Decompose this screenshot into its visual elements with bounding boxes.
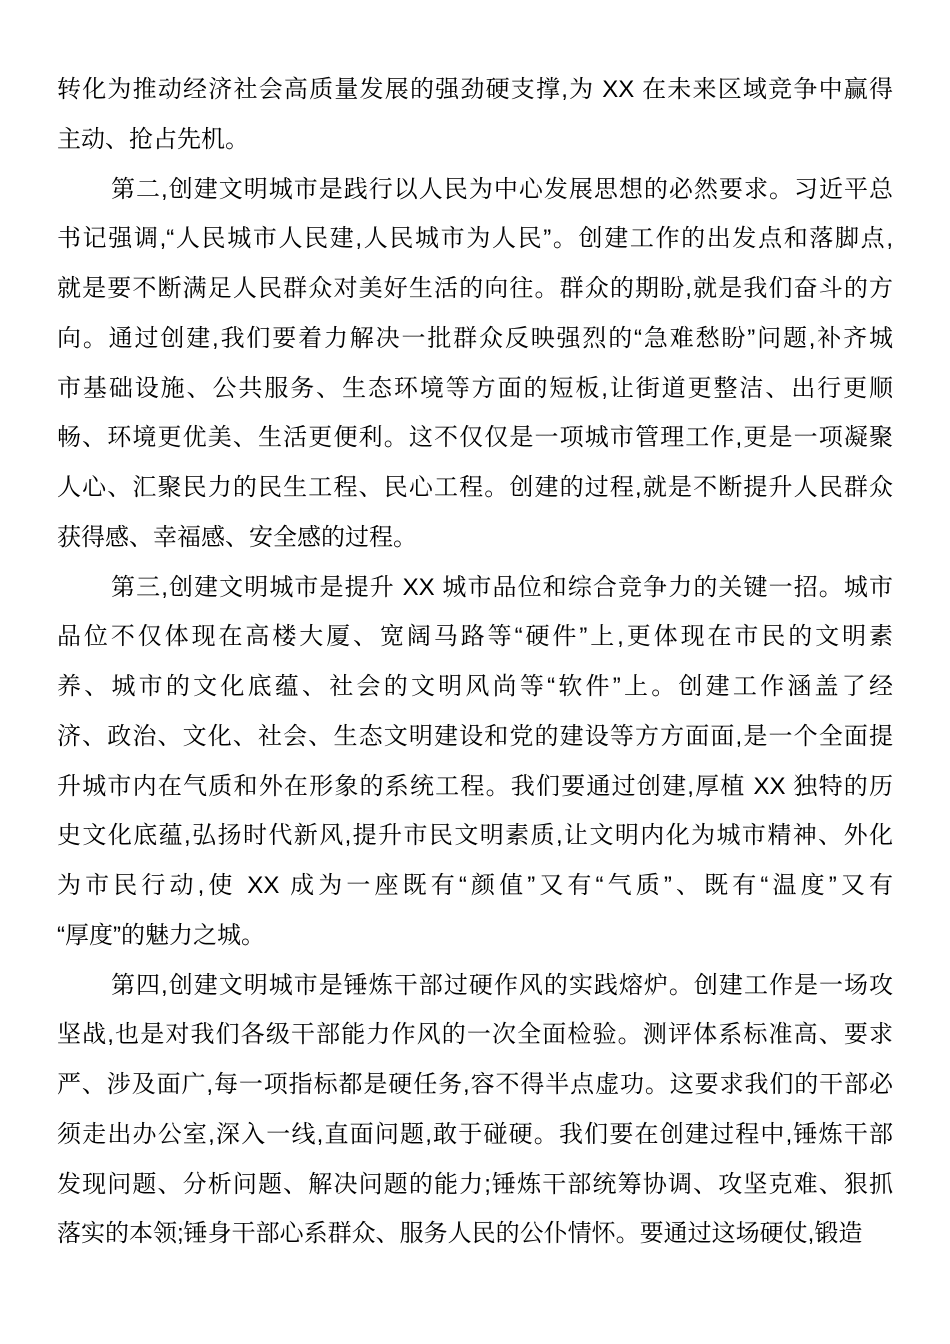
- text-line: 市基础设施、公共服务、生态环境等方面的短板,让街道更整洁、出行更顺: [57, 364, 893, 414]
- text-line: 严、涉及面广,每一项指标都是硬任务,容不得半点虚功。这要求我们的干部必: [57, 1060, 893, 1110]
- text-line: 第四,创建文明城市是锤炼干部过硬作风的实践熔炉。创建工作是一场攻: [57, 961, 893, 1011]
- document-body: 转化为推动经济社会高质量发展的强劲硬支撑,为 XX 在未来区域竞争中赢得主动、抢…: [57, 65, 893, 1259]
- text-line: 济、政治、文化、社会、生态文明建设和党的建设等方方面面,是一个全面提: [57, 712, 893, 762]
- text-line: 为市民行动,使 XX 成为一座既有“颜值”又有“气质”、既有“温度”又有: [57, 861, 893, 911]
- text-line: 获得感、幸福感、安全感的过程。: [57, 513, 893, 563]
- text-line: 史文化底蕴,弘扬时代新风,提升市民文明素质,让文明内化为城市精神、外化: [57, 811, 893, 861]
- text-line: 发现问题、分析问题、解决问题的能力;锤炼干部统筹协调、攻坚克难、狠抓: [57, 1160, 893, 1210]
- text-line: 主动、抢占先机。: [57, 115, 893, 165]
- text-line: 养、城市的文化底蕴、社会的文明风尚等“软件”上。创建工作涵盖了经: [57, 662, 893, 712]
- text-line: 畅、环境更优美、生活更便利。这不仅仅是一项城市管理工作,更是一项凝聚: [57, 413, 893, 463]
- paragraph: 第三,创建文明城市是提升 XX 城市品位和综合竞争力的关键一招。城市品位不仅体现…: [57, 563, 893, 961]
- text-line: 升城市内在气质和外在形象的系统工程。我们要通过创建,厚植 XX 独特的历: [57, 762, 893, 812]
- paragraph: 第四,创建文明城市是锤炼干部过硬作风的实践熔炉。创建工作是一场攻坚战,也是对我们…: [57, 961, 893, 1260]
- paragraph: 第二,创建文明城市是践行以人民为中心发展思想的必然要求。习近平总书记强调,“人民…: [57, 165, 893, 563]
- text-line: 坚战,也是对我们各级干部能力作风的一次全面检验。测评体系标准高、要求: [57, 1010, 893, 1060]
- text-line: 人心、汇聚民力的民生工程、民心工程。创建的过程,就是不断提升人民群众: [57, 463, 893, 513]
- text-line: 品位不仅体现在高楼大厦、宽阔马路等“硬件”上,更体现在市民的文明素: [57, 612, 893, 662]
- text-line: 就是要不断满足人民群众对美好生活的向往。群众的期盼,就是我们奋斗的方: [57, 264, 893, 314]
- text-line: “厚度”的魅力之城。: [57, 911, 893, 961]
- text-line: 第二,创建文明城市是践行以人民为中心发展思想的必然要求。习近平总: [57, 165, 893, 215]
- paragraph: 转化为推动经济社会高质量发展的强劲硬支撑,为 XX 在未来区域竞争中赢得主动、抢…: [57, 65, 893, 165]
- text-line: 落实的本领;锤身干部心系群众、服务人民的公仆情怀。要通过这场硬仗,锻造: [57, 1209, 893, 1259]
- text-line: 第三,创建文明城市是提升 XX 城市品位和综合竞争力的关键一招。城市: [57, 563, 893, 613]
- text-line: 书记强调,“人民城市人民建,人民城市为人民”。创建工作的出发点和落脚点,: [57, 214, 893, 264]
- text-line: 转化为推动经济社会高质量发展的强劲硬支撑,为 XX 在未来区域竞争中赢得: [57, 65, 893, 115]
- text-line: 须走出办公室,深入一线,直面问题,敢于碰硬。我们要在创建过程中,锤炼干部: [57, 1110, 893, 1160]
- text-line: 向。通过创建,我们要着力解决一批群众反映强烈的“急难愁盼”问题,补齐城: [57, 314, 893, 364]
- document-page: 转化为推动经济社会高质量发展的强劲硬支撑,为 XX 在未来区域竞争中赢得主动、抢…: [0, 0, 950, 1344]
